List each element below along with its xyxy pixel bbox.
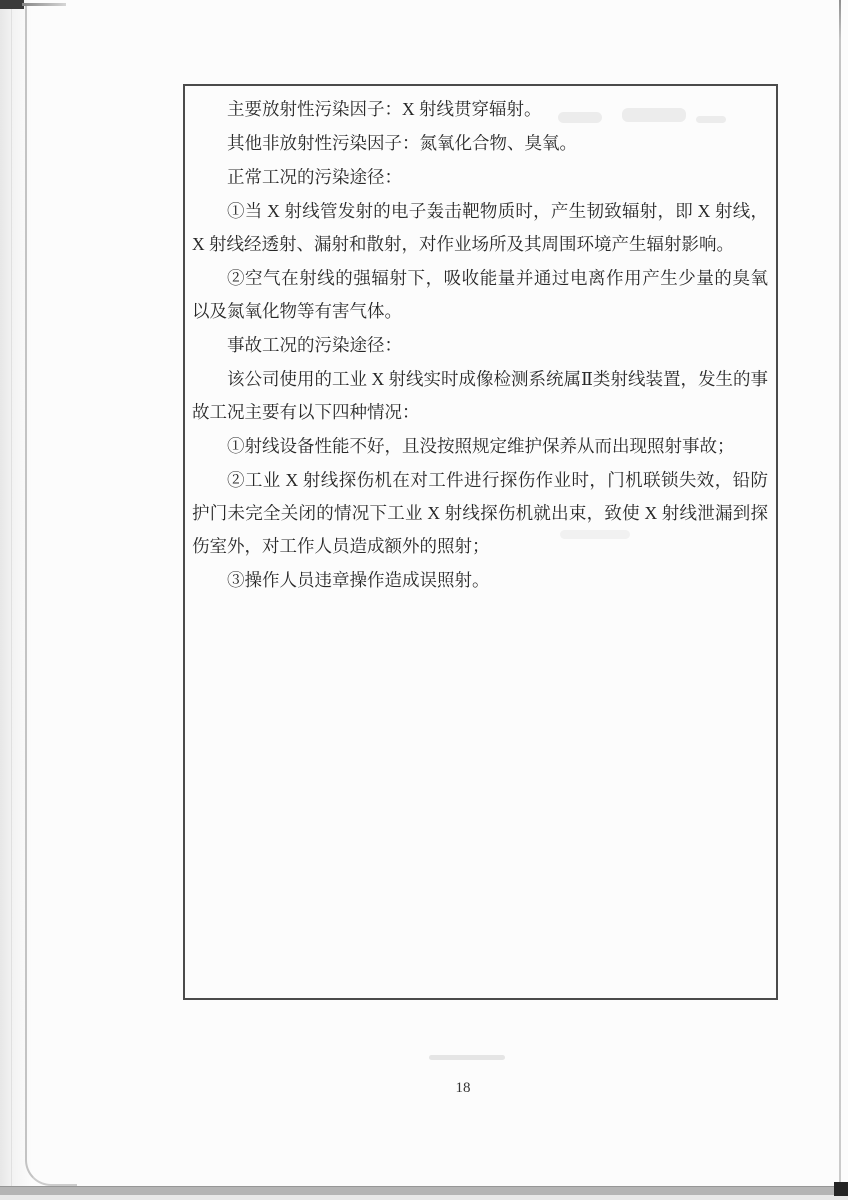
scan-below-page-area bbox=[0, 1195, 848, 1200]
scan-bottom-right-mark bbox=[834, 1182, 848, 1196]
scan-bottom-left-page-curve bbox=[25, 1118, 77, 1186]
scan-smudge-above-page-number bbox=[429, 1055, 505, 1060]
document-text-box: 主要放射性污染因子：X 射线贯穿辐射。 其他非放射性污染因子：氮氧化合物、臭氧。… bbox=[183, 84, 778, 1000]
paragraph-accident-item-2-interlock-failure: ②工业 X 射线探伤机在对工件进行探伤作业时，门机联锁失效，铅防护门未完全关闭的… bbox=[192, 464, 768, 563]
page-number: 18 bbox=[440, 1080, 486, 1097]
scanned-document-page: 主要放射性污染因子：X 射线贯穿辐射。 其他非放射性污染因子：氮氧化合物、臭氧。… bbox=[0, 0, 848, 1200]
paragraph-accident-intro: 该公司使用的工业 X 射线实时成像检测系统属Ⅱ类射线装置，发生的事故工况主要有以… bbox=[192, 363, 768, 429]
paragraph-normal-item-2-ozone-nox: ②空气在射线的强辐射下，吸收能量并通过电离作用产生少量的臭氧以及氮氧化物等有害气… bbox=[192, 262, 768, 328]
paragraph-main-radioactive-pollution-factor: 主要放射性污染因子：X 射线贯穿辐射。 bbox=[192, 93, 768, 126]
paragraph-normal-item-1-bremsstrahlung: ①当 X 射线管发射的电子轰击靶物质时，产生韧致辐射，即 X 射线，X 射线经透… bbox=[192, 195, 768, 261]
scan-bottom-edge-band bbox=[0, 1186, 848, 1195]
scan-left-edge-line bbox=[25, 6, 27, 1120]
scan-left-edge-shadow bbox=[0, 0, 32, 1200]
scan-top-left-line bbox=[22, 3, 66, 6]
paragraph-accident-condition-pollution-path-heading: 事故工况的污染途径： bbox=[192, 329, 768, 362]
scan-top-left-mark bbox=[0, 0, 24, 9]
paragraph-accident-item-1-equipment-failure: ①射线设备性能不好，且没按照规定维护保养从而出现照射事故； bbox=[192, 430, 768, 463]
scan-left-edge-faint-line bbox=[11, 0, 12, 1190]
paragraph-normal-condition-pollution-path-heading: 正常工况的污染途径： bbox=[192, 161, 768, 194]
paragraph-other-nonradioactive-pollution-factor: 其他非放射性污染因子：氮氧化合物、臭氧。 bbox=[192, 127, 768, 160]
scan-right-edge-line bbox=[839, 0, 841, 1186]
paragraph-accident-item-3-operator-violation: ③操作人员违章操作造成误照射。 bbox=[192, 564, 768, 597]
